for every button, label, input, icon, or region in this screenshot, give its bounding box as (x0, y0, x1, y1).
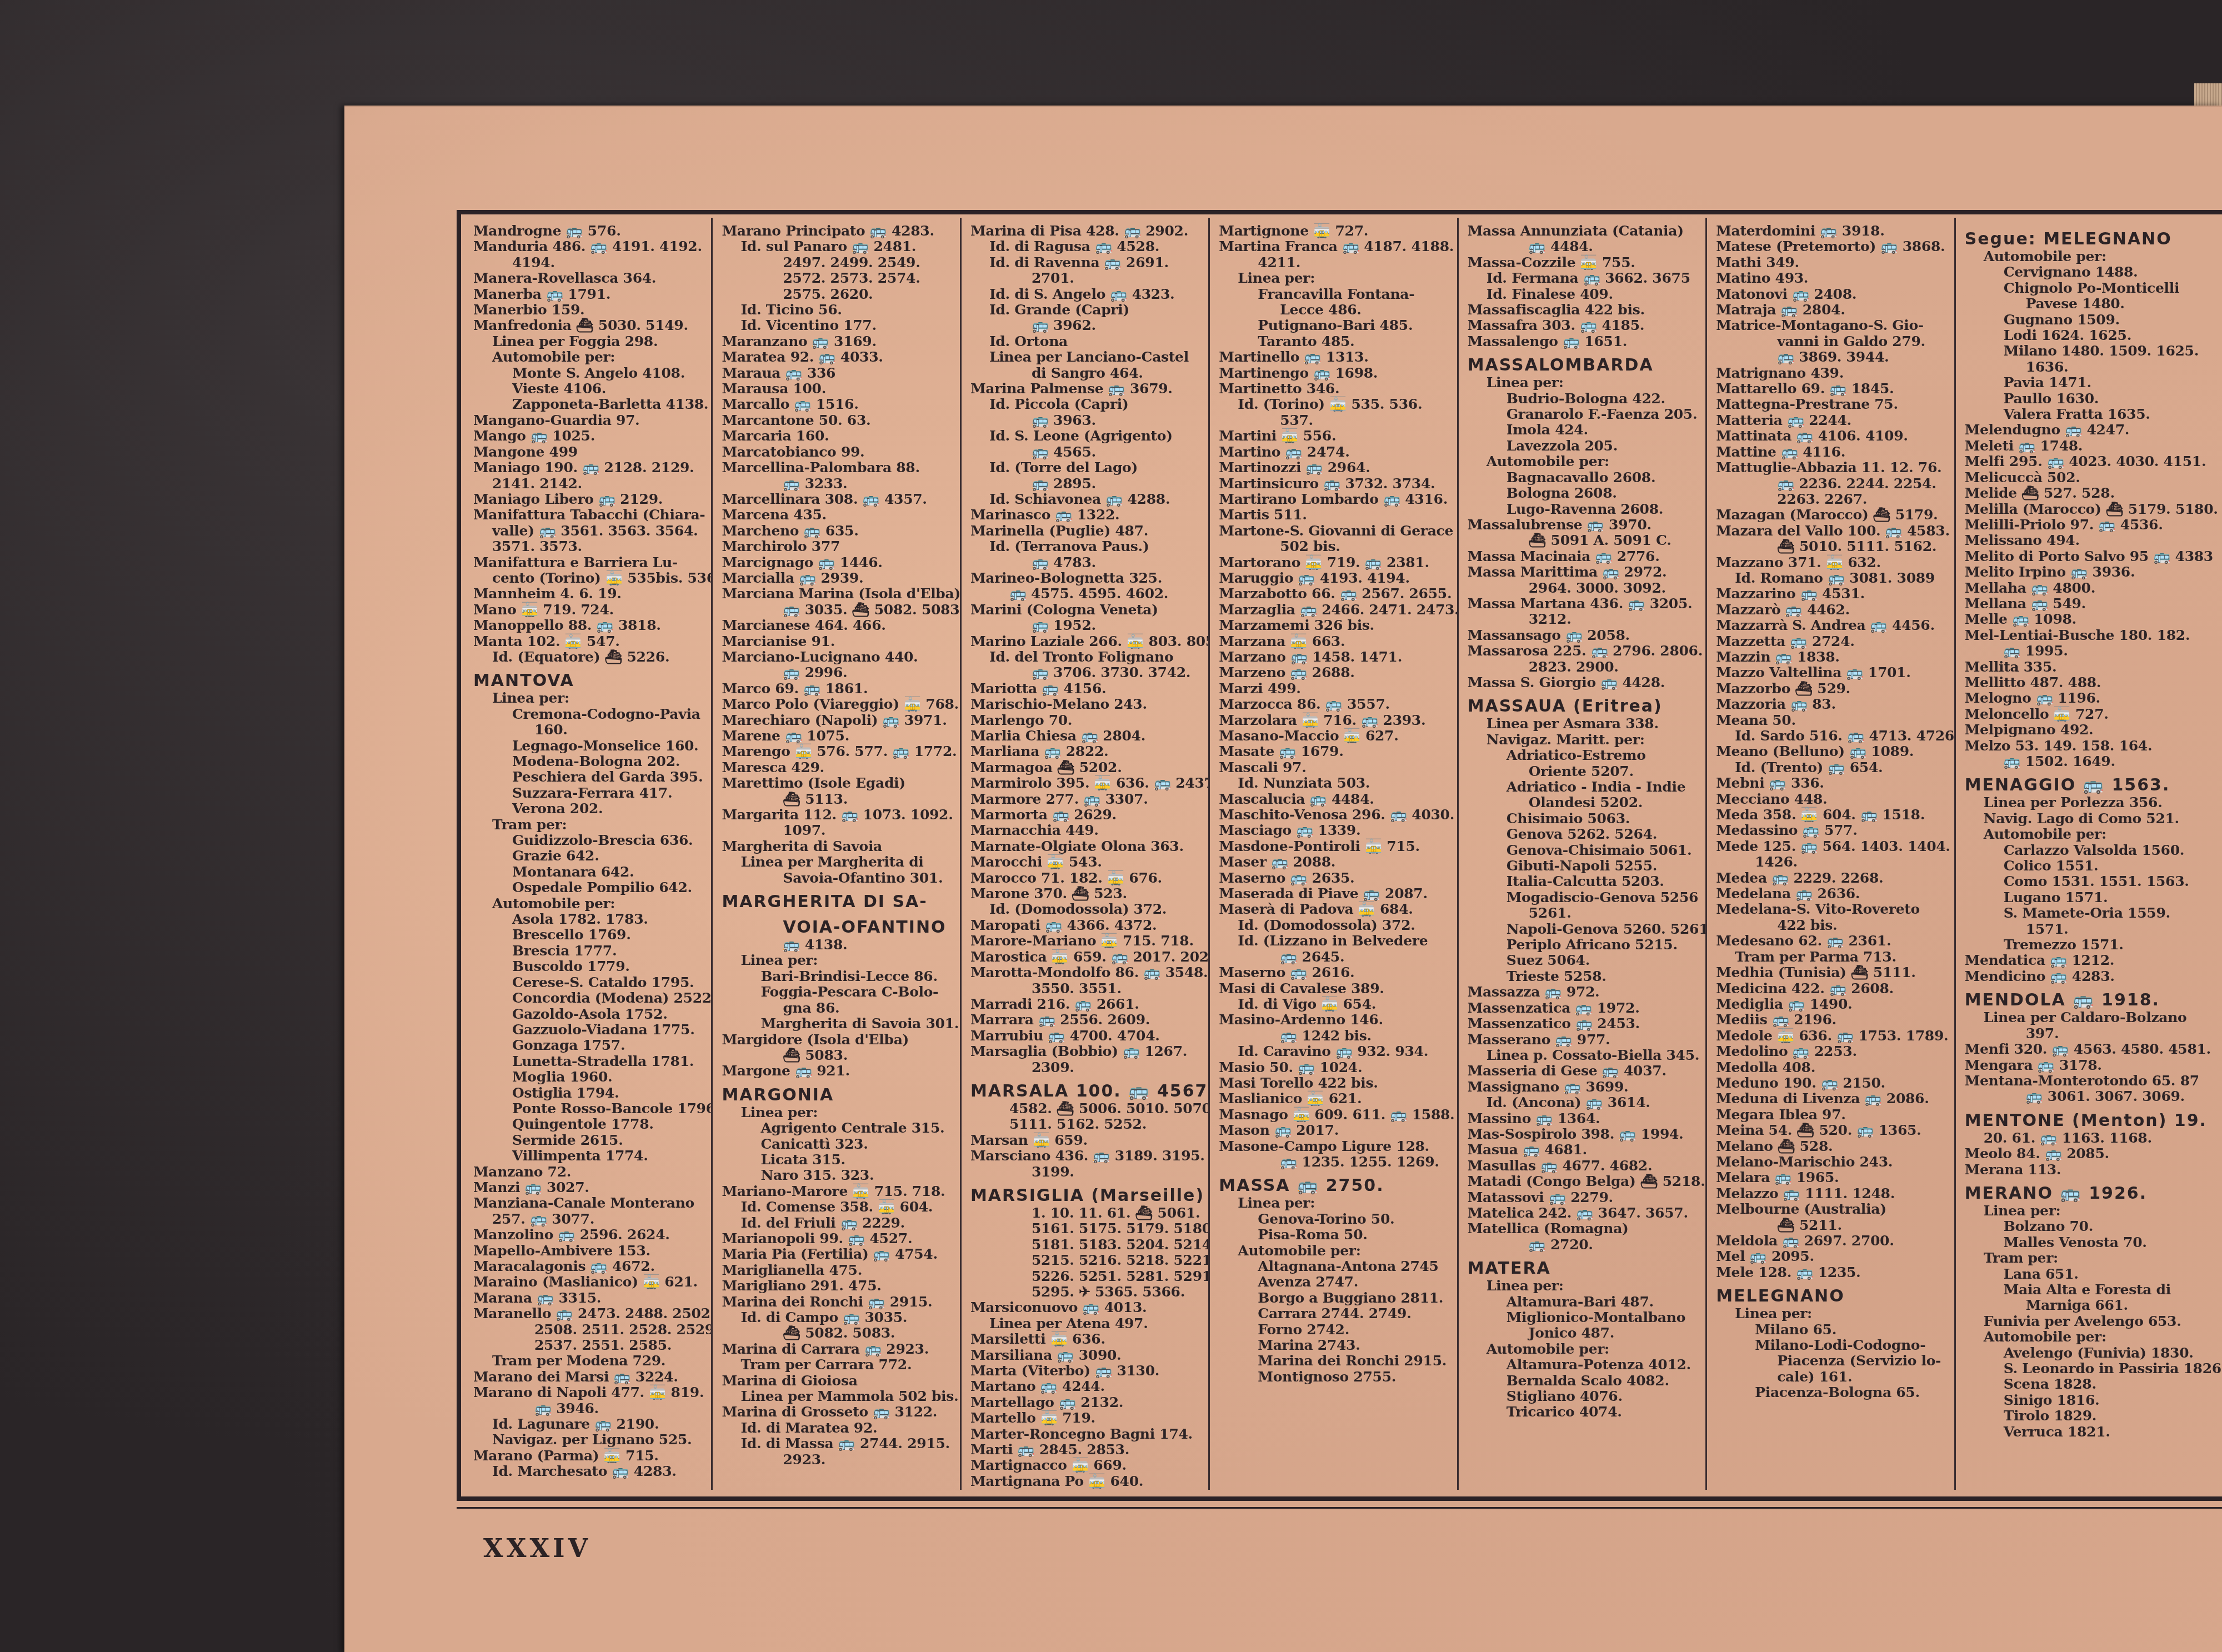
index-entry: Medesano 62. 🚌 2361. (1716, 933, 1947, 949)
index-entry: Linea per: (1468, 375, 1699, 391)
index-entry: Masua 🚌 4681. (1468, 1142, 1699, 1158)
index-entry: Marnacchia 449. (970, 823, 1202, 838)
index-entry: Matese (Pretemorto) 🚌 3868. (1716, 239, 1947, 254)
index-entry: Mandrogne 🚌 576. (473, 223, 704, 239)
index-entry: Maserno 🚌 2635. (1219, 870, 1450, 886)
index-entry: Id. del Tronto Folignano (970, 649, 1202, 665)
index-entry: Mattinata 🚌 4106. 4109. (1716, 428, 1947, 444)
index-entry: Mapello-Ambivere 153. (473, 1243, 704, 1259)
index-entry: 1097. (722, 823, 953, 838)
index-entry: Massignano 🚌 3699. (1468, 1079, 1699, 1095)
index-entry: Linea per Margherita di (722, 854, 953, 870)
index-entry: 1. 10. 11. 61. ⛴ 5061. (970, 1205, 1202, 1221)
index-entry: Sermide 2615. (473, 1133, 704, 1148)
index-entry: Martina Franca 🚌 4187. 4188. (1219, 239, 1450, 254)
index-entry: Maser 🚌 2088. (1219, 854, 1450, 870)
index-entry: 2141. 2142. (473, 476, 704, 492)
index-entry: Marcianese 464. 466. (722, 618, 953, 633)
index-entry: 502 bis. (1219, 539, 1450, 554)
index-entry: Medolino 🚌 2253. (1716, 1044, 1947, 1059)
index-entry: Bagnacavallo 2608. (1468, 470, 1699, 485)
index-entry: Navigaz. Maritt. per: (1468, 732, 1699, 748)
index-entry: Piacenza-Bologna 65. (1716, 1385, 1947, 1400)
index-entry: Navigaz. per Lignano 525. (473, 1432, 704, 1448)
index-entry: Marzolara 🚋 716. 🚌 2393. (1219, 713, 1450, 728)
index-entry: Masino-Ardenno 146. (1219, 1012, 1450, 1028)
index-column-4: Martignone 🚋 727.Martina Franca 🚌 4187. … (1210, 218, 1458, 1490)
index-entry: Marchirolo 377 (722, 539, 953, 554)
index-entry: Manzano 72. (473, 1164, 704, 1180)
index-entry: Margidore (Isola d'Elba) (722, 1032, 953, 1048)
index-entry: gna 86. (722, 1000, 953, 1016)
index-entry: Altamura-Bari 487. (1468, 1294, 1699, 1310)
index-entry: Suez 5064. (1468, 953, 1699, 968)
index-entry: Mascali 97. (1219, 760, 1450, 775)
index-entry: Mentana-Monterotondo 65. 87 (1965, 1073, 2215, 1089)
index-entry: Manduria 486. 🚌 4191. 4192. (473, 239, 704, 254)
index-entry: Marcellinara 308. 🚌 4357. (722, 492, 953, 507)
index-entry: Milano-Lodi-Codogno- (1716, 1338, 1947, 1353)
index-entry: Id. sul Panaro 🚌 2481. (722, 239, 953, 254)
index-entry: Gibuti-Napoli 5255. (1468, 858, 1699, 874)
index-entry: Genova-Torino 50. (1219, 1212, 1450, 1227)
index-entry: Milano 1480. 1509. 1625. (1965, 343, 2215, 359)
index-entry: Matteria 🚌 2244. (1716, 413, 1947, 428)
index-entry: 3212. (1468, 612, 1699, 627)
index-entry: Melano ⛴ 528. (1716, 1139, 1947, 1154)
index-entry: Borgo a Buggiano 2811. (1219, 1290, 1450, 1306)
index-entry: Mazzarò 🚌 4462. (1716, 602, 1947, 618)
index-entry: 2701. (970, 271, 1202, 286)
index-entry: Massa Macinaia 🚌 2776. (1468, 549, 1699, 564)
index-entry: 2572. 2573. 2574. (722, 271, 953, 286)
index-entry: 2497. 2499. 2549. (722, 255, 953, 271)
index-entry: Medole 🚋 636. 🚌 1753. 1789. (1716, 1028, 1947, 1044)
index-entry: Piacenza (Servizio lo- (1716, 1353, 1947, 1369)
index-entry: valle) 🚌 3561. 3563. 3564. (473, 523, 704, 539)
index-entry: Lugo-Ravenna 2608. (1468, 502, 1699, 517)
index-entry: 🚌 3963. (970, 413, 1202, 428)
index-entry: Marischio-Melano 243. (970, 697, 1202, 712)
index-entry: Marina Palmense 🚌 3679. (970, 381, 1202, 397)
index-entry: Melilli-Priolo 97. 🚌 4536. (1965, 517, 2215, 533)
index-entry: Id. Caravino 🚌 932. 934. (1219, 1044, 1450, 1059)
index-entry: 397. (1965, 1026, 2215, 1042)
index-entry: Italia-Calcutta 5203. (1468, 874, 1699, 889)
index-entry: Martignone 🚋 727. (1219, 223, 1450, 239)
index-entry: 1426. (1716, 854, 1947, 870)
index-entry: Marcheno 🚌 635. (722, 523, 953, 539)
index-entry: ⛴ 5091 A. 5091 C. (1468, 533, 1699, 548)
index-entry: Id. Piccola (Capri) (970, 397, 1202, 412)
index-column-5: Massa Annunziata (Catania)🚌 4484.Massa-C… (1459, 218, 1707, 1490)
index-entry: Gazzuolo-Viadana 1775. (473, 1022, 704, 1038)
index-entry: Melissano 494. (1965, 533, 2215, 548)
entry-heading: Segue: MELEGNANO (1965, 230, 2215, 249)
index-entry: Mellitto 487. 488. (1965, 675, 2215, 690)
index-entry: Marzaglia 🚌 2466. 2471. 2473. (1219, 602, 1450, 618)
index-entry: Linea per Foggia 298. (473, 334, 704, 349)
index-entry: Pavese 1480. (1965, 296, 2215, 312)
index-entry: Napoli-Genova 5260. 5261 (1468, 922, 1699, 937)
index-entry: 537. (1219, 413, 1450, 428)
index-entry: Mannheim 4. 6. 19. (473, 586, 704, 602)
index-entry: Mebni 🚌 336. (1716, 775, 1947, 791)
index-entry: Navig. Lago di Como 521. (1965, 811, 2215, 827)
index-entry: Moglia 1960. (473, 1069, 704, 1085)
index-entry: Ponte Rosso-Bancole 1796 (473, 1101, 704, 1117)
index-entry: 🚌 1502. 1649. (1965, 754, 2215, 769)
index-entry: Automobile per: (473, 349, 704, 365)
index-entry: Jonico 487. (1468, 1325, 1699, 1341)
index-entry: Villimpenta 1774. (473, 1148, 704, 1164)
index-entry: Massa Marittima 🚌 2972. (1468, 564, 1699, 580)
index-entry: Id. Nunziata 503. (1219, 775, 1450, 791)
index-entry: Mellana 🚌 549. (1965, 596, 2215, 612)
index-entry: Massa-Cozzile 🚋 755. (1468, 255, 1699, 271)
index-column-6: Materdomini 🚌 3918.Matese (Pretemorto) 🚌… (1707, 218, 1955, 1490)
index-entry: Marano dei Marsi 🚌 3224. (473, 1369, 704, 1385)
index-entry: Marinella (Puglie) 487. (970, 523, 1202, 539)
index-entry: Brescia 1777. (473, 943, 704, 959)
index-entry: Mazzin 🚌 1838. (1716, 649, 1947, 665)
index-entry: Mazzano 371. 🚋 632. (1716, 555, 1947, 570)
index-entry: Tremezzo 1571. (1965, 937, 2215, 953)
index-entry: Martano 🚌 4244. (970, 1379, 1202, 1394)
index-entry: Marcianise 91. (722, 634, 953, 649)
index-entry: Linea per: (1219, 1195, 1450, 1211)
index-entry: Melito di Porto Salvo 95 🚌 4383 (1965, 549, 2215, 564)
index-entry: Marigliano 291. 475. (722, 1278, 953, 1294)
index-entry: Marsiconuovo 🚌 4013. (970, 1300, 1202, 1315)
index-entry: Manifattura Tabacchi (Chiara- (473, 507, 704, 523)
index-entry: Adriatico-Estremo (1468, 748, 1699, 763)
index-entry: Marianopoli 99. 🚌 4527. (722, 1231, 953, 1246)
index-entry: Linea per Asmara 338. (1468, 716, 1699, 732)
index-entry: Maria Pia (Fertilia) 🚌 4754. (722, 1246, 953, 1262)
index-entry: Masdone-Pontiroli 🚋 715. (1219, 839, 1450, 854)
index-entry: Tram per Carrara 772. (722, 1357, 953, 1373)
index-entry: Marina dei Ronchi 🚌 2915. (722, 1294, 953, 1310)
index-entry: Id. (Domodossola) 372. (1219, 918, 1450, 933)
index-entry: Marradi 216. 🚌 2661. (970, 997, 1202, 1012)
index-entry: 🚌 4575. 4595. 4602. (970, 586, 1202, 602)
index-entry: Marocchi 🚋 543. (970, 854, 1202, 870)
entry-heading: MARGONIA (722, 1086, 953, 1105)
index-entry: 20. 61. 🚌 1163. 1168. (1965, 1130, 2215, 1146)
index-entry: Periplo Africano 5215. (1468, 937, 1699, 953)
index-entry: Matrignano 439. (1716, 366, 1947, 381)
index-entry: Mattegna-Prestrane 75. (1716, 397, 1947, 412)
index-entry: Milano 65. (1716, 1322, 1947, 1338)
index-entry: Manfredonia ⛴ 5030. 5149. (473, 318, 704, 333)
index-entry: Margherita di Savoia 301. (722, 1016, 953, 1032)
index-entry: Zapponeta-Barletta 4138. (473, 397, 704, 412)
index-entry: Olandesi 5202. (1468, 795, 1699, 810)
index-entry: Guidizzolo-Brescia 636. (473, 833, 704, 848)
index-entry: Marostica 🚋 659. 🚌 2017. 2026. (970, 949, 1202, 965)
index-entry: Matrice-Montagano-S. Gio- (1716, 318, 1947, 333)
index-entry: 257. 🚌 3077. (473, 1212, 704, 1227)
index-entry: Martorano 🚋 719. 🚌 2381. (1219, 555, 1450, 570)
index-entry: Marzi 499. (1219, 681, 1450, 697)
index-entry: Marcialla 🚌 2939. (722, 570, 953, 586)
index-entry: Grazie 642. (473, 848, 704, 864)
index-entry: 4211. (1219, 255, 1450, 271)
entry-heading: MASSALOMBARDA (1468, 356, 1699, 375)
index-entry: Massazza 🚌 972. (1468, 984, 1699, 1000)
index-entry: Cremona-Codogno-Pavia (473, 707, 704, 722)
index-entry: Id. Fermana 🚌 3662. 3675 (1468, 271, 1699, 286)
index-entry: Peschiera del Garda 395. (473, 769, 704, 785)
index-entry: Merana 113. (1965, 1162, 2215, 1178)
index-entry: Meina 54. ⛴ 520. 🚌 1365. (1716, 1123, 1947, 1138)
index-entry: Automobile per: (1219, 1243, 1450, 1259)
index-entry: Maia Alta e Foresta di (1965, 1282, 2215, 1298)
entry-heading: MATERA (1468, 1259, 1699, 1278)
index-entry: Genova-Chisimaio 5061. (1468, 843, 1699, 858)
index-entry: Forno 2742. (1219, 1322, 1450, 1338)
index-entry: Martirano Lombardo 🚌 4316. (1219, 492, 1450, 507)
index-entry: Id. di Vigo 🚋 654. (1219, 997, 1450, 1012)
index-entry: Melendugno 🚌 4247. (1965, 422, 2215, 438)
index-entry: Mellaha 🚌 4800. (1965, 580, 2215, 596)
index-entry: Marina dei Ronchi 2915. (1219, 1353, 1450, 1369)
index-entry: 5226. 5251. 5281. 5291. (970, 1269, 1202, 1284)
index-entry: Marmore 277. 🚌 3307. (970, 792, 1202, 807)
index-entry: Meleti 🚌 1748. (1965, 438, 2215, 454)
index-entry: Matellica (Romagna) (1468, 1221, 1699, 1237)
index-entry: Sinigo 1816. (1965, 1393, 2215, 1408)
index-entry: Cerese-S. Cataldo 1795. (473, 975, 704, 990)
index-entry: Naro 315. 323. (722, 1168, 953, 1183)
index-entry: Automobile per: (1965, 249, 2215, 264)
entry-heading: MENTONE (Menton) 19. (1965, 1112, 2215, 1130)
index-entry: Maracalagonis 🚌 4672. (473, 1259, 704, 1274)
index-entry: Marcignago 🚌 1446. (722, 555, 953, 570)
index-entry: ⛴ 5082. 5083. (722, 1325, 953, 1341)
entry-heading: MARSIGLIA (Marseille) (970, 1187, 1202, 1205)
index-entry: Linea per Atena 497. (970, 1316, 1202, 1331)
index-entry: Mangone 499 (473, 444, 704, 460)
index-entry: Linea per: (1716, 1306, 1947, 1321)
index-entry: Massalubrense 🚌 3970. (1468, 517, 1699, 533)
index-entry: Id. Vicentino 177. (722, 318, 953, 333)
index-entry: Maraino (Maslianico) 🚋 621. (473, 1274, 704, 1290)
index-entry: Marzamemi 326 bis. (1219, 618, 1450, 633)
index-entry: Gazoldo-Asola 1752. (473, 1007, 704, 1022)
index-entry: Id. di Ragusa 🚌 4528. (970, 239, 1202, 254)
index-entry: 422 bis. (1716, 918, 1947, 933)
index-entry: Automobile per: (1468, 454, 1699, 469)
index-entry: Masullas 🚌 4677. 4682. (1468, 1158, 1699, 1174)
index-entry: Taranto 485. (1219, 334, 1450, 349)
page-number: XXXIV (483, 1533, 591, 1563)
index-entry: Martone-S. Giovanni di Gerace (1219, 523, 1450, 539)
index-entry: Marciano-Lucignano 440. (722, 649, 953, 665)
index-entry: Massafiscaglia 422 bis. (1468, 302, 1699, 318)
index-entry: Meduna di Livenza 🚌 2086. (1716, 1091, 1947, 1107)
index-entry: Manta 102. 🚋 547. (473, 634, 704, 649)
index-entry: Medelana-S. Vito-Rovereto (1716, 902, 1947, 917)
index-entry: Mathi 349. (1716, 255, 1947, 271)
index-entry: Monte S. Angelo 4108. (473, 366, 704, 381)
index-entry: Id. (Domodossola) 372. (970, 902, 1202, 917)
index-entry: Melbourne (Australia) (1716, 1202, 1947, 1217)
index-entry: Marsciano 436. 🚌 3189. 3195. (970, 1148, 1202, 1164)
index-entry: Massansago 🚌 2058. (1468, 628, 1699, 643)
index-entry: Masate 🚌 1679. (1219, 744, 1450, 759)
index-entry: Gonzaga 1757. (473, 1038, 704, 1053)
index-entry: Marinasco 🚌 1322. (970, 507, 1202, 523)
index-entry: Marzana 🚋 663. (1219, 634, 1450, 649)
index-entry: Mazara del Vallo 100. 🚌 4583. (1716, 523, 1947, 539)
index-entry: Automobile per: (1965, 827, 2215, 842)
index-entry: Malles Venosta 70. (1965, 1235, 2215, 1250)
index-entry: Marcellina-Palombara 88. (722, 460, 953, 475)
index-entry: Martinello 🚌 1313. (1219, 349, 1450, 365)
index-entry: Maraua 🚌 336 (722, 366, 953, 381)
index-entry: Melano-Marischio 243. (1716, 1154, 1947, 1170)
index-entry: Matino 493. (1716, 271, 1947, 286)
index-entry: 🚌 3061. 3067. 3069. (1965, 1089, 2215, 1104)
index-entry: cento (Torino) 🚋 535bis. 536. (473, 570, 704, 586)
index-entry: Mecciano 448. (1716, 792, 1947, 807)
index-entry: Mengara 🚌 3178. (1965, 1058, 2215, 1073)
index-entry: Mariotta 🚌 4156. (970, 681, 1202, 697)
index-entry: Martinetto 346. (1219, 381, 1450, 397)
index-entry: Marineo-Bolognetta 325. (970, 570, 1202, 586)
entry-heading: VOIA-OFANTINO (722, 918, 953, 937)
index-entry: Masi Torello 422 bis. (1219, 1075, 1450, 1091)
index-entry: Avenza 2747. (1219, 1274, 1450, 1290)
index-entry: Oriente 5207. (1468, 764, 1699, 779)
index-entry: Mazagan (Marocco) ⛴ 5179. (1716, 507, 1947, 523)
index-entry: Licata 315. (722, 1152, 953, 1168)
index-entry: Marrubiu 🚌 4700. 4704. (970, 1028, 1202, 1044)
index-entry: Manoppello 88. 🚌 3818. (473, 618, 704, 633)
index-entry: Marciana Marina (Isola d'Elba) (722, 586, 953, 602)
index-entry: Manzi 🚌 3027. (473, 1180, 704, 1195)
index-entry: Marnate-Olgiate Olona 363. (970, 839, 1202, 854)
index-entry: Lana 651. (1965, 1266, 2215, 1282)
index-entry: 5295. ✈ 5365. 5366. (970, 1284, 1202, 1300)
index-entry: Matraja 🚌 2804. (1716, 302, 1947, 318)
index-entry: Mangano-Guardia 97. (473, 413, 704, 428)
index-entry: Savoia-Ofantino 301. (722, 870, 953, 886)
index-entry: Masserano 🚌 977. (1468, 1032, 1699, 1048)
index-entry: Manifattura e Barriera Lu- (473, 555, 704, 570)
index-entry: Scena 1828. (1965, 1376, 2215, 1392)
index-entry: 3199. (970, 1164, 1202, 1180)
index-entry: Tram per: (1965, 1250, 2215, 1266)
index-entry: Genova 5262. 5264. (1468, 827, 1699, 842)
index-entry: Massa Annunziata (Catania) (1468, 223, 1699, 239)
index-entry: Putignano-Bari 485. (1219, 318, 1450, 333)
index-entry: Marano Principato 🚌 4283. (722, 223, 953, 239)
index-entry: Bologna 2608. (1468, 485, 1699, 501)
index-entry: Linea per Mammola 502 bis. (722, 1389, 953, 1404)
index-entry: Marano (Parma) 🚋 715. (473, 1448, 704, 1464)
index-entry: Linea per Lanciano-Castel (970, 349, 1202, 365)
index-entry: Bari-Brindisi-Lecce 86. (722, 969, 953, 984)
index-entry: Pisa-Roma 50. (1219, 1227, 1450, 1243)
index-entry: 5111. 5162. 5252. (970, 1117, 1202, 1132)
index-entry: Mel-Lentiai-Busche 180. 182. (1965, 628, 2215, 643)
index-entry: Marocco 71. 182. 🚋 676. (970, 870, 1202, 886)
index-entry: 🚌 4138. (722, 937, 953, 953)
index-entry: Linea per Porlezza 356. (1965, 795, 2215, 810)
index-entry: Melzo 53. 149. 158. 164. (1965, 738, 2215, 754)
index-entry: Id. di Maratea 92. (722, 1420, 953, 1436)
index-entry: Id. (Equatore) ⛴ 5226. (473, 649, 704, 665)
index-entry: 🚌 3946. (473, 1401, 704, 1416)
index-entry: 🚌 2645. (1219, 949, 1450, 965)
index-entry: Vieste 4106. (473, 381, 704, 397)
index-entry: Chisimaio 5063. (1468, 811, 1699, 827)
index-entry: Id. Schiavonea 🚌 4288. (970, 492, 1202, 507)
index-entry: Maschito-Venosa 296. 🚌 4030. (1219, 807, 1450, 823)
index-entry: ⛴ 5010. 5111. 5162. (1716, 539, 1947, 554)
index-entry: Id. Grande (Capri) (970, 302, 1202, 318)
index-entry: Marliana 🚌 2822. (970, 744, 1202, 759)
index-entry: Linea per: (473, 690, 704, 706)
index-entry: Masano-Maccio 🚋 627. (1219, 728, 1450, 744)
index-entry: Id. Comense 358. 🚋 604. (722, 1199, 953, 1215)
index-entry: Mele 128. 🚌 1235. (1716, 1265, 1947, 1280)
index-entry: Pavia 1471. (1965, 375, 2215, 391)
index-entry: Melicuccà 502. (1965, 470, 2215, 485)
index-entry: Montanara 642. (473, 864, 704, 880)
index-entry: Massalengo 🚌 1651. (1468, 334, 1699, 349)
index-entry: Marta (Viterbo) 🚌 3130. (970, 1363, 1202, 1379)
index-entry: Marino Laziale 266. 🚋 803. 805. (970, 634, 1202, 649)
index-entry: Mediglia 🚌 1490. (1716, 997, 1947, 1012)
index-entry: 🚌 2996. (722, 665, 953, 680)
index-entry: Maruggio 🚌 4193. 4194. (1219, 570, 1450, 586)
index-entry: Marina di Grosseto 🚌 3122. (722, 1404, 953, 1420)
index-entry: Maniago Libero 🚌 2129. (473, 492, 704, 507)
index-entry: 🚌 2236. 2244. 2254. (1716, 476, 1947, 492)
index-entry: Linea per: (1965, 1203, 2215, 1219)
index-entry: 4194. (473, 255, 704, 271)
index-entry: 🚌 1952. (970, 618, 1202, 633)
index-entry: Maratea 92. 🚌 4033. (722, 349, 953, 365)
index-entry: 🚌 4565. (970, 444, 1202, 460)
index-column-3: Marina di Pisa 428. 🚌 2902.Id. di Ragusa… (962, 218, 1210, 1490)
index-entry: Id. (Torino) 🚋 535. 536. (1219, 397, 1450, 412)
index-entry: Melara 🚌 1965. (1716, 1170, 1947, 1185)
entry-heading: MENDOLA 🚌 1918. (1965, 991, 2215, 1010)
index-entry: S. Mamete-Oria 1559. (1965, 905, 2215, 921)
index-entry: Mazzorbo ⛴ 529. (1716, 681, 1947, 697)
index-entry: Massino 🚌 1364. (1468, 1111, 1699, 1127)
index-entry: Meloncello 🚋 727. (1965, 707, 2215, 722)
index-entry: Marano di Napoli 477. 🚋 819. (473, 1385, 704, 1400)
index-entry: Budrio-Bologna 422. (1468, 391, 1699, 407)
index-entry: Maranzano 🚌 3169. (722, 334, 953, 349)
index-entry: Maniago 190. 🚌 2128. 2129. (473, 460, 704, 475)
index-entry: Maserà di Padova 🚋 684. (1219, 902, 1450, 917)
index-entry: 5215. 5216. 5218. 5221. (970, 1253, 1202, 1268)
index-entry: Maserno 🚌 2616. (1219, 965, 1450, 980)
index-entry: 🚌 3706. 3730. 3742. (970, 665, 1202, 680)
index-entry: Carlazzo Valsolda 1560. (1965, 843, 2215, 858)
index-entry: Linea per: (1219, 271, 1450, 286)
index-entry: Masi di Cavalese 389. (1219, 981, 1450, 997)
index-entry: Marmagoa ⛴ 5202. (970, 760, 1202, 775)
index-entry: Avelengo (Funivia) 1830. (1965, 1345, 2215, 1361)
